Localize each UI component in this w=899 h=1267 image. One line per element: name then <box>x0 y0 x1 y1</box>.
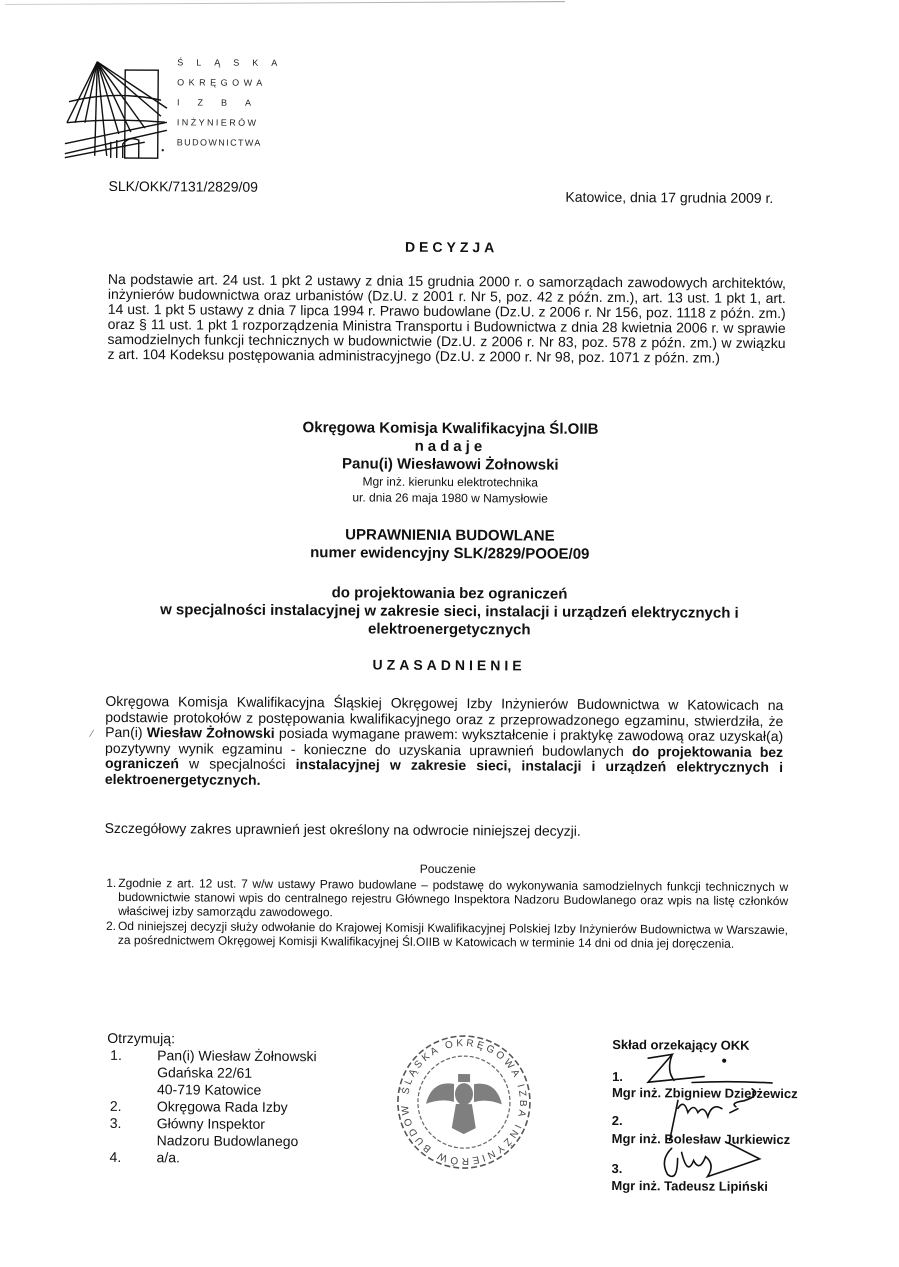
recipient-number: 4. <box>110 1149 122 1166</box>
logo-line-4: INŻYNIERÓW <box>177 112 290 133</box>
place-and-date: Katowice, dnia 17 grudnia 2009 r. <box>565 189 773 206</box>
official-seal: ŚLĄSKA OKRĘGOWA IZBA INŻYNIERÓW BUDOWNIC… <box>391 1022 542 1183</box>
instruction-item-number: 1. <box>106 876 116 890</box>
recipient-text: 40-719 Katowice <box>157 1081 261 1099</box>
recipients-title: Otrzymują: <box>107 1030 175 1047</box>
bridge-logo-icon <box>65 44 178 165</box>
recipient-text: Okręgowa Rada Izby <box>157 1098 288 1116</box>
logo-line-2: OKRĘGOWA <box>177 72 290 93</box>
recipient-text: Nadzoru Budowlanego <box>157 1132 299 1150</box>
document-title: DECYZJA <box>2 236 899 257</box>
signatures-icon <box>611 1036 812 1207</box>
instruction-item-text: Zgodnie z art. 12 ust. 7 w/w ustawy Praw… <box>118 876 788 922</box>
recipient-number: 3. <box>110 1115 122 1132</box>
recipient-text: Główny Inspektor <box>157 1115 265 1133</box>
legal-basis-paragraph: Na podstawie art. 24 ust. 1 pkt 2 ustawy… <box>107 272 786 366</box>
justification-title: UZASADNIENIE <box>0 654 899 675</box>
reference-number: SLK/OKK/7131/2829/09 <box>108 178 258 195</box>
recipient-text: Pan(i) Wiesław Żołnowski <box>157 1047 317 1065</box>
margin-mark: ⁄ <box>91 729 93 740</box>
instruction-item-number: 2. <box>106 919 116 933</box>
recipient-text: Gdańska 22/61 <box>157 1064 252 1082</box>
recipient-number: 1. <box>110 1047 122 1064</box>
chamber-logo: ŚLĄSKA OKRĘGOWA IZBA INŻYNIERÓW BUDOWNIC… <box>65 44 296 165</box>
logo-wordmark: ŚLĄSKA OKRĘGOWA IZBA INŻYNIERÓW BUDOWNIC… <box>177 52 291 153</box>
scope-note: Szczegółowy zakres uprawnień jest określ… <box>105 821 783 840</box>
logo-line-3: IZBA <box>177 92 290 113</box>
recipient-text: a/a. <box>157 1149 180 1166</box>
justification-name: Wiesław Żołnowski <box>147 724 275 741</box>
permit-block: UPRAWNIENIA BUDOWLANE numer ewidencyjny … <box>0 524 899 565</box>
instruction-item: 2. Od niniejszej decyzji służy odwołanie… <box>106 919 788 951</box>
recipients-list: Otrzymują: 1.Pan(i) Wiesław ŻołnowskiGda… <box>107 1030 108 1166</box>
justification-text-c: w specjalności <box>179 755 296 772</box>
official-seal-eagle-icon: ŚLĄSKA OKRĘGOWA IZBA INŻYNIERÓW BUDOWNIC… <box>391 1022 542 1183</box>
logo-line-5: BUDOWNICTWA <box>177 132 290 153</box>
instruction-item-text: Od niniejszej decyzji służy odwołanie do… <box>118 919 788 951</box>
logo-line-1: ŚLĄSKA <box>177 52 290 73</box>
document-page: ŚLĄSKA OKRĘGOWA IZBA INŻYNIERÓW BUDOWNIC… <box>0 0 899 1267</box>
justification-paragraph: Okręgowa Komisja Kwalifikacyjna Śląskiej… <box>105 694 784 791</box>
instruction-item: 1. Zgodnie z art. 12 ust. 7 w/w ustawy P… <box>106 876 788 922</box>
grant-block: Okręgowa Komisja Kwalifikacyjna Śl.OIIB … <box>1 417 899 508</box>
recipient-number: 2. <box>110 1098 122 1115</box>
permit-scope: do projektowania bez ograniczeń w specja… <box>0 582 899 641</box>
